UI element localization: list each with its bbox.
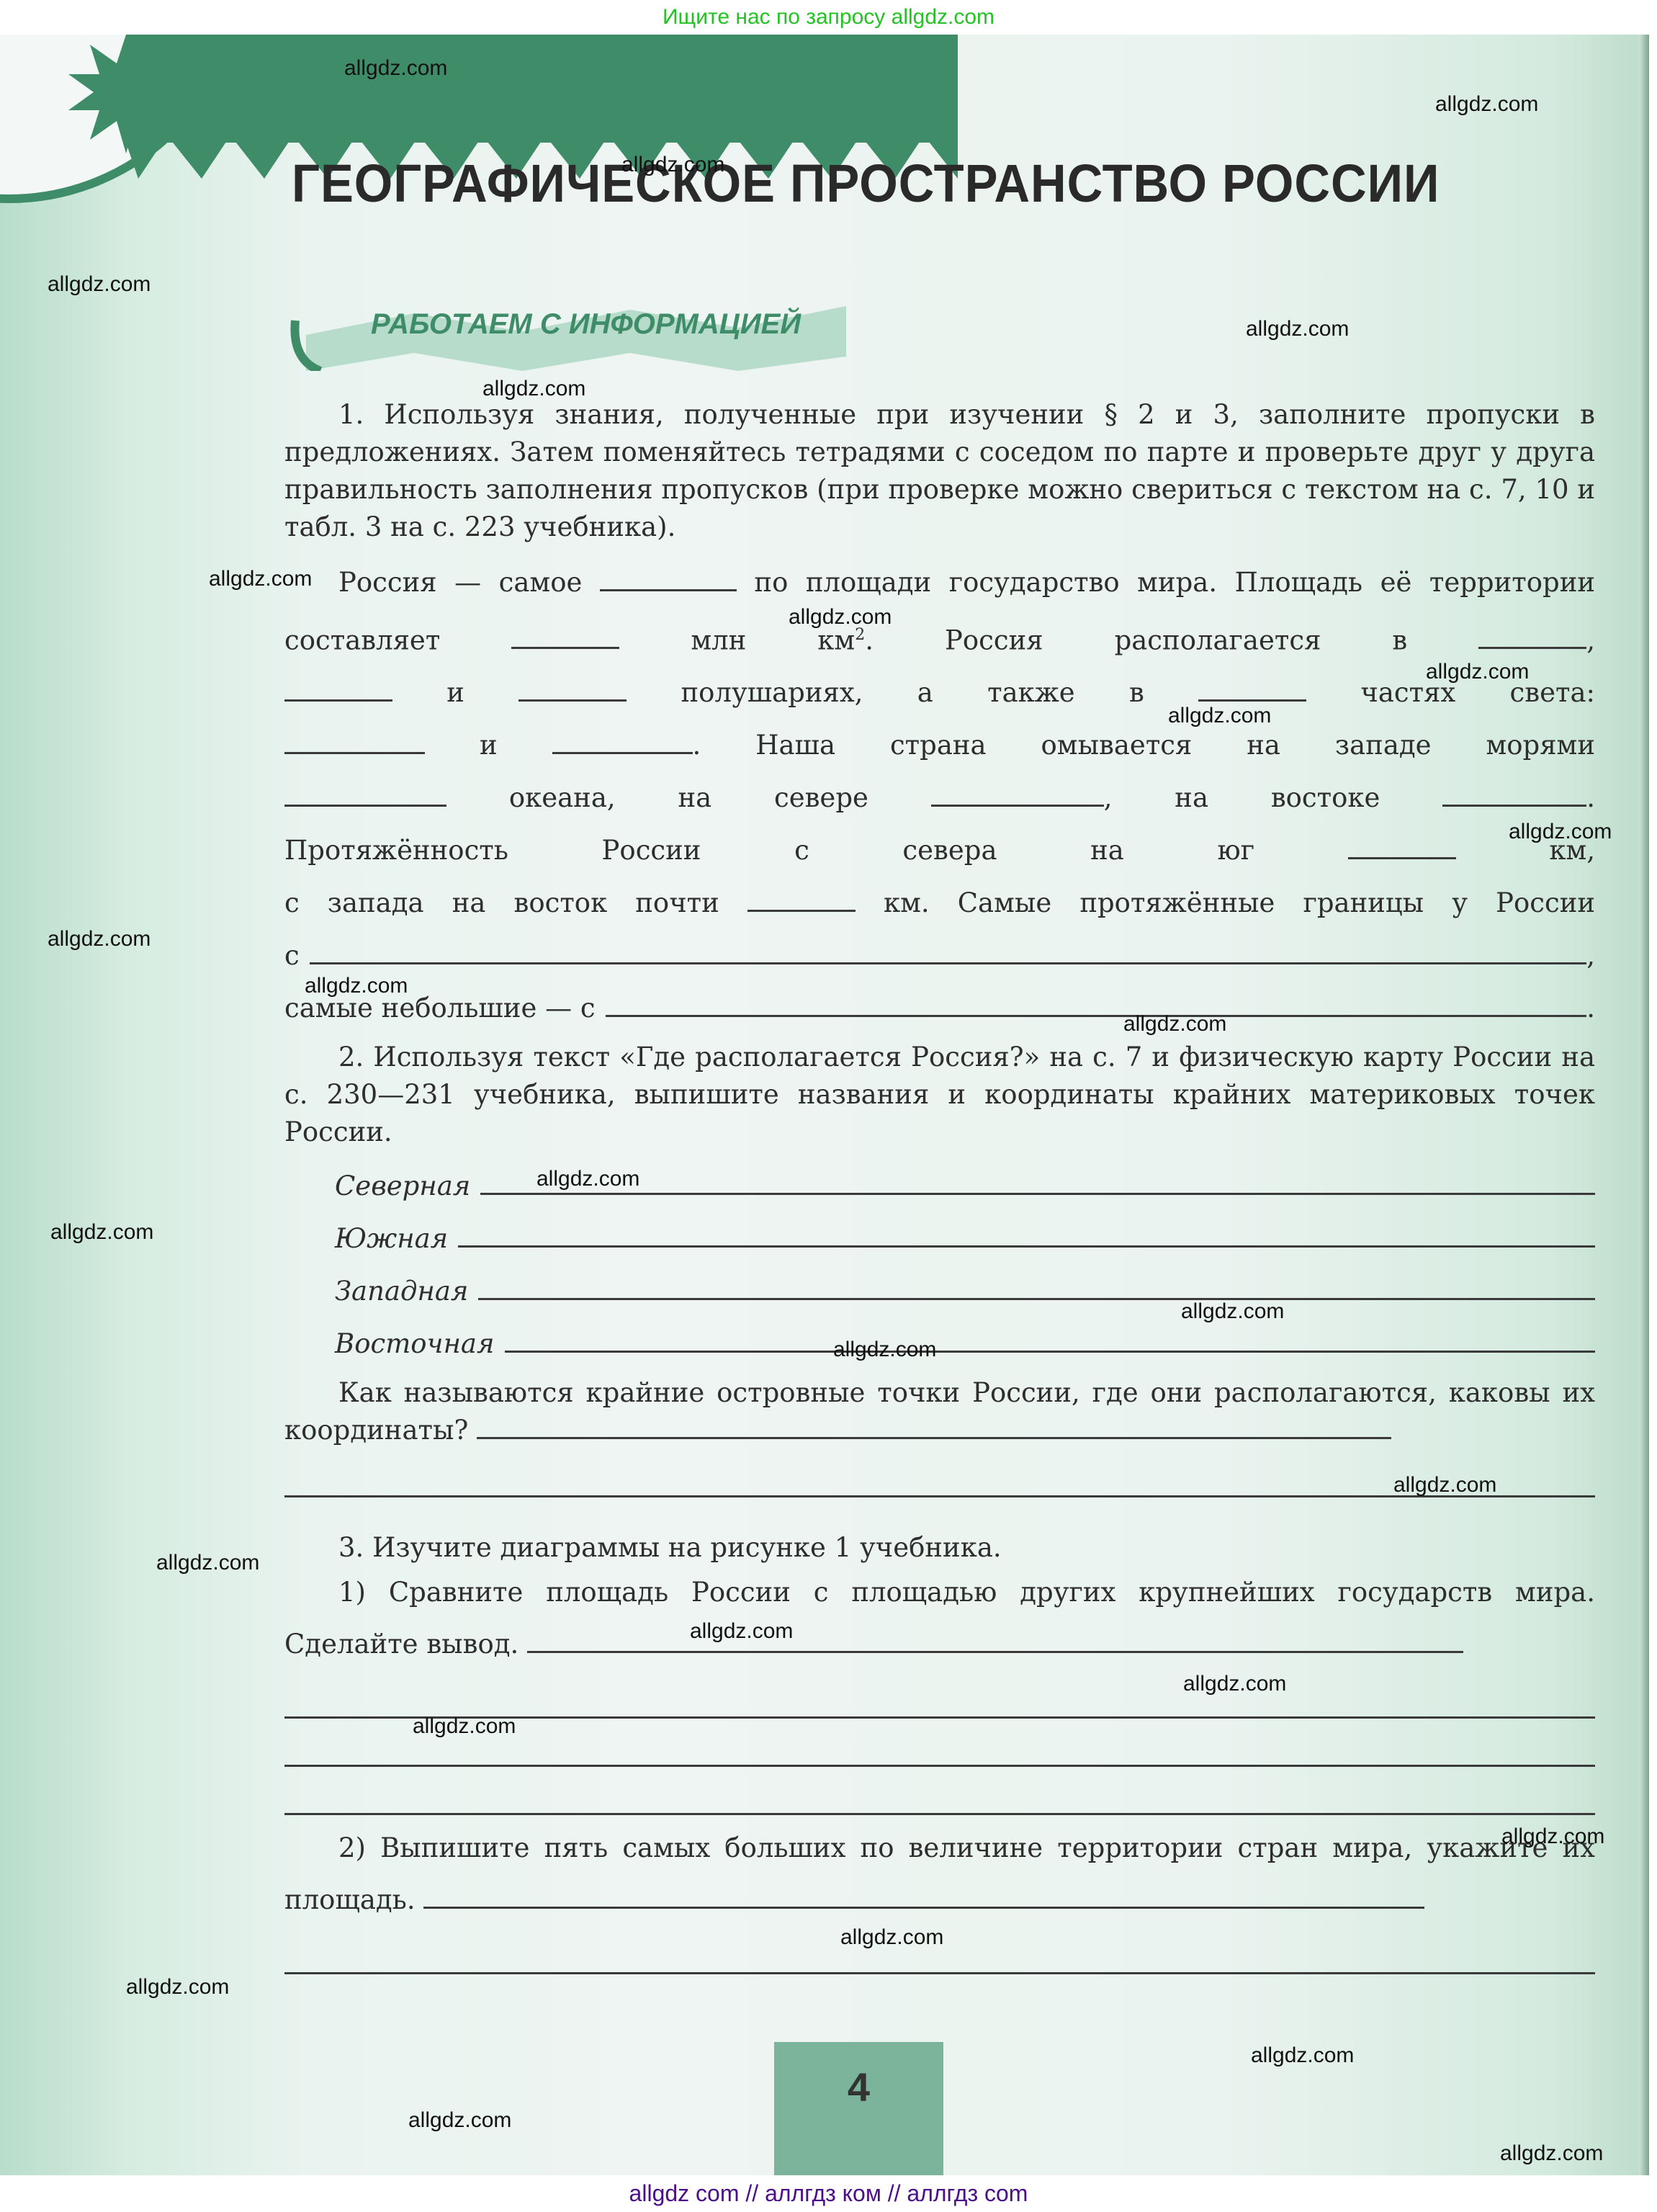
watermark: allgdz.com: [1123, 1012, 1226, 1036]
watermark: allgdz.com: [1181, 1299, 1284, 1324]
watermark: allgdz.com: [1183, 1672, 1286, 1696]
task3-sub1: 1) Сравните площадь России с площадью др…: [284, 1567, 1595, 1670]
blank-field[interactable]: [1478, 625, 1586, 649]
text: и: [446, 677, 464, 708]
task1-sentence-1: Россия — самое по площади государство ми…: [284, 556, 1595, 666]
answer-line[interactable]: [505, 1329, 1596, 1353]
watermark: allgdz.com: [621, 153, 724, 177]
point-label: Западная: [335, 1265, 468, 1317]
watermark: allgdz.com: [1435, 92, 1538, 117]
watermark: allgdz.com: [1168, 704, 1271, 728]
blank-field[interactable]: [1442, 783, 1586, 807]
task1-sentence-6: с запада на восток почти км. Самые протя…: [284, 877, 1595, 929]
header-band: [126, 35, 958, 143]
task1-sentence-8: самые небольшие — с .: [284, 982, 1595, 1034]
task3-instruction: 3. Изучите диаграммы на рисунке 1 учебни…: [284, 1529, 1595, 1567]
task2-instruction: 2. Используя текст «Где располагается Ро…: [284, 1039, 1595, 1151]
blank-field[interactable]: [284, 783, 446, 807]
task1-sentence-5: Протяжённость России с севера на юг км,: [284, 824, 1595, 877]
watermark: allgdz.com: [1246, 317, 1349, 341]
blank-field[interactable]: [1348, 836, 1456, 859]
blank-field[interactable]: [310, 941, 1587, 964]
point-south-row: Южная: [284, 1212, 1595, 1265]
watermark: allgdz.com: [536, 1167, 639, 1191]
point-east-row: Восточная: [284, 1317, 1595, 1370]
answer-line[interactable]: [527, 1629, 1463, 1653]
text: с: [284, 929, 300, 982]
page-number: 4: [774, 2064, 943, 2110]
section-label: РАБОТАЕМ С ИНФОРМАЦИЕЙ: [371, 308, 801, 341]
task3-sub2: 2) Выпишите пять самых больших по величи…: [284, 1822, 1595, 1926]
watermark: allgdz.com: [156, 1551, 259, 1575]
task1-sentence-7: с ,: [284, 929, 1595, 982]
watermark: allgdz.com: [1501, 1824, 1604, 1849]
point-west-row: Западная: [284, 1265, 1595, 1317]
watermark: allgdz.com: [840, 1925, 943, 1950]
blank-field[interactable]: [606, 993, 1587, 1017]
watermark: allgdz.com: [344, 56, 447, 81]
text: и: [480, 730, 498, 761]
task1-instruction: 1. Используя знания, полученные при изуч…: [284, 396, 1595, 546]
watermark: allgdz.com: [482, 377, 585, 401]
point-label: Восточная: [335, 1317, 495, 1370]
watermark: allgdz.com: [209, 567, 312, 591]
blank-field[interactable]: [284, 730, 425, 754]
blank-field[interactable]: [931, 783, 1104, 807]
watermark: allgdz.com: [1251, 2043, 1354, 2068]
watermark: allgdz.com: [126, 1975, 229, 2000]
text: полушариях, а также в: [681, 677, 1144, 708]
text: Россия — самое: [338, 567, 582, 598]
text: Протяжённость России с севера на юг: [284, 835, 1254, 866]
watermark: allgdz.com: [833, 1338, 936, 1362]
text: . Наша страна омывается на западе морями: [693, 730, 1595, 761]
page-number-box: 4: [774, 2042, 943, 2175]
blank-field[interactable]: [600, 568, 737, 591]
watermark: allgdz.com: [690, 1619, 793, 1644]
watermark: allgdz.com: [48, 927, 151, 951]
point-north-row: Северная: [284, 1160, 1595, 1212]
answer-line[interactable]: [458, 1224, 1595, 1248]
footer-banner: allgdz com // аллгдз ком // аллгдз com: [0, 2175, 1657, 2212]
answer-line[interactable]: [284, 1670, 1595, 1719]
watermark: allgdz.com: [789, 605, 892, 630]
task1-sentence-3: и . Наша страна омывается на западе моря…: [284, 719, 1595, 771]
blank-field[interactable]: [552, 730, 693, 754]
answer-line[interactable]: [423, 1885, 1424, 1909]
text: , на востоке: [1104, 782, 1380, 813]
text: с запада на восток почти: [284, 887, 719, 918]
watermark: allgdz.com: [48, 272, 151, 297]
watermark: allgdz.com: [1393, 1473, 1496, 1497]
text: . Россия располагается в: [865, 624, 1407, 655]
blank-field[interactable]: [518, 678, 627, 702]
task1-sentence-2: и полушариях, а также в частях света:: [284, 666, 1595, 719]
task2-question: Как называются крайние островные точки Р…: [284, 1374, 1595, 1449]
blank-field[interactable]: [511, 625, 619, 649]
blank-field[interactable]: [284, 678, 392, 702]
watermark: allgdz.com: [50, 1220, 153, 1245]
watermark: allgdz.com: [305, 974, 408, 998]
answer-line[interactable]: [478, 1276, 1595, 1300]
watermark: allgdz.com: [1509, 820, 1612, 844]
watermark: allgdz.com: [1426, 660, 1529, 684]
answer-line[interactable]: [284, 1767, 1595, 1815]
answer-line[interactable]: [480, 1171, 1595, 1195]
blank-field[interactable]: [1198, 678, 1306, 702]
top-banner: Ищите нас по запросу allgdz.com: [0, 0, 1657, 35]
text: км. Самые протяжённые границы у России: [884, 887, 1595, 918]
watermark: allgdz.com: [1500, 2141, 1603, 2166]
text: океана, на севере: [509, 782, 868, 813]
point-label: Северная: [335, 1160, 470, 1212]
watermark: allgdz.com: [413, 1714, 516, 1739]
answer-line[interactable]: [477, 1415, 1391, 1439]
watermark: allgdz.com: [408, 2108, 511, 2133]
task1-sentence-4: океана, на севере , на востоке .: [284, 771, 1595, 824]
page-title: ГЕОГРАФИЧЕСКОЕ ПРОСТРАНСТВО РОССИИ: [292, 153, 1504, 214]
point-label: Южная: [335, 1212, 448, 1265]
blank-field[interactable]: [747, 888, 856, 912]
